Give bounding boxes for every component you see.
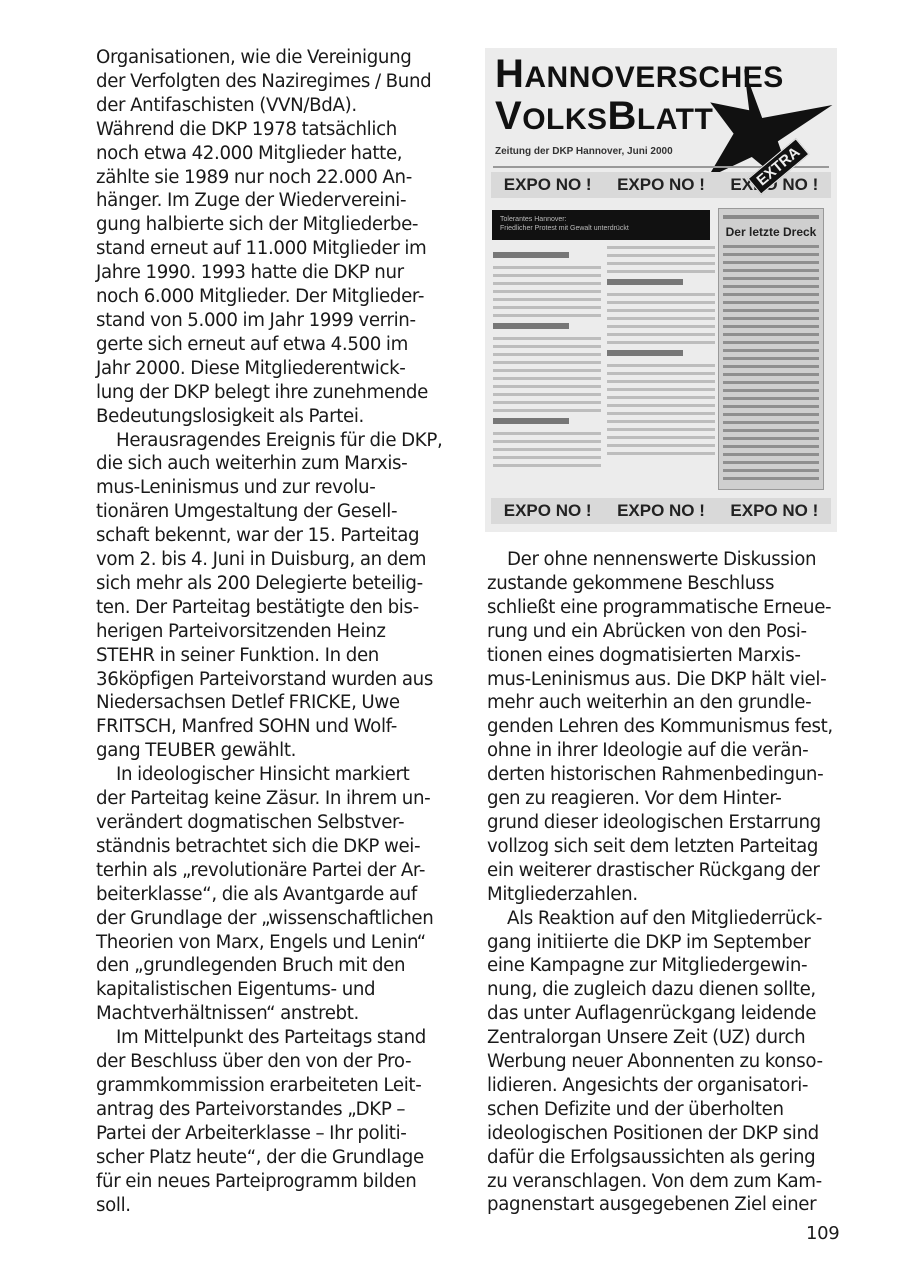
text-line: hänger. Im Zuge der Wiedervereini- bbox=[96, 189, 456, 213]
text-line: eine Kampagne zur Mitgliedergewin- bbox=[487, 954, 842, 978]
masthead-initial: V bbox=[495, 94, 522, 138]
text-line: der Beschluss über den von der Pro- bbox=[96, 1050, 456, 1074]
text-line: gang initiierte die DKP im September bbox=[487, 931, 842, 955]
text-line: der Grundlage der „wissenschaftlichen bbox=[96, 907, 456, 931]
text-line: lung der DKP belegt ihre zunehmende bbox=[96, 381, 456, 405]
text-line: den „grundlegenden Bruch mit den bbox=[96, 954, 456, 978]
text-line: grammkommission erarbeiteten Leit- bbox=[96, 1074, 456, 1098]
text-line: dafür die Erfolgsaussichten als gering bbox=[487, 1146, 842, 1170]
text-line: Mitgliederzahlen. bbox=[487, 883, 842, 907]
text-line: der Antifaschisten (VVN/BdA). bbox=[96, 94, 456, 118]
paragraph-start-line: Im Mittelpunkt des Parteitags stand bbox=[96, 1026, 456, 1050]
text-line: mus-Leninismus aus. Die DKP hält viel- bbox=[487, 668, 842, 692]
text-line: derten historischen Rahmenbedingun- bbox=[487, 763, 842, 787]
banner-text: EXPO NO ! bbox=[617, 501, 705, 521]
paragraph-start-line: Herausragendes Ereignis für die DKP, bbox=[96, 429, 456, 453]
text-line: Werbung neuer Abonnenten zu konso- bbox=[487, 1050, 842, 1074]
text-line: zählte sie 1989 nur noch 22.000 An- bbox=[96, 166, 456, 190]
text-line: ein weiterer drastischer Rückgang der bbox=[487, 859, 842, 883]
newspaper-sidebar: Der letzte Dreck bbox=[718, 208, 824, 490]
text-line: schaft bekennt, war der 15. Parteitag bbox=[96, 524, 456, 548]
text-line: beiterklasse“, die als Avantgarde auf bbox=[96, 883, 456, 907]
newspaper-facsimile-image: HANNOVERSCHES VOLKSBLATT Zeitung der DKP… bbox=[485, 48, 837, 532]
text-line: ideologischen Positionen der DKP sind bbox=[487, 1122, 842, 1146]
text-line: genden Lehren des Kommunismus fest, bbox=[487, 715, 842, 739]
text-line: ten. Der Parteitag bestätigte den bis- bbox=[96, 596, 456, 620]
text-line: rung und ein Abrücken von den Posi- bbox=[487, 620, 842, 644]
text-line: STEHR in seiner Funktion. In den bbox=[96, 644, 456, 668]
text-line: tionen eines dogmatisierten Marxis- bbox=[487, 644, 842, 668]
text-line: noch etwa 42.000 Mitglieder hatte, bbox=[96, 142, 456, 166]
text-line: nung, die zugleich dazu dienen sollte, bbox=[487, 978, 842, 1002]
text-line: scher Platz heute“, der die Grundlage bbox=[96, 1146, 456, 1170]
text-line: verändert dogmatischen Selbstver- bbox=[96, 811, 456, 835]
lead-headline-box: Tolerantes Hannover: Friedlicher Protest… bbox=[492, 210, 710, 240]
banner-text: EXPO NO ! bbox=[504, 501, 592, 521]
page-number: 109 bbox=[806, 1223, 839, 1244]
banner-text: EXPO NO ! bbox=[617, 175, 705, 195]
text-line: vom 2. bis 4. Juni in Duisburg, an dem bbox=[96, 548, 456, 572]
masthead-text: OLKS bbox=[522, 103, 607, 136]
text-line: 36köpfigen Parteivorstand wurden aus bbox=[96, 668, 456, 692]
right-text-column: Der ohne nennenswerte Diskussion zustand… bbox=[487, 548, 842, 1217]
paragraph-start-line: In ideologischer Hinsicht markiert bbox=[96, 763, 456, 787]
text-line: FRITSCH, Manfred SOHN und Wolf- bbox=[96, 715, 456, 739]
text-line: das unter Auflagenrückgang leidende bbox=[487, 1002, 842, 1026]
text-line: mus-Leninismus und zur revolu- bbox=[96, 476, 456, 500]
text-line: Während die DKP 1978 tatsächlich bbox=[96, 118, 456, 142]
text-line: pagnenstart ausgegebenen Ziel einer bbox=[487, 1193, 842, 1217]
article-column-placeholder bbox=[607, 246, 715, 460]
text-line: Machtverhältnissen“ anstrebt. bbox=[96, 1002, 456, 1026]
masthead-initial: B bbox=[608, 94, 637, 138]
banner-text: EXPO NO ! bbox=[504, 175, 592, 195]
text-line: der Parteitag keine Zäsur. In ihrem un- bbox=[96, 787, 456, 811]
text-line: kapitalistischen Eigentums- und bbox=[96, 978, 456, 1002]
text-line: grund dieser ideologischen Erstarrung bbox=[487, 811, 842, 835]
text-line: der Verfolgten des Naziregimes / Bund bbox=[96, 70, 456, 94]
paragraph-start-line: Der ohne nennenswerte Diskussion bbox=[487, 548, 842, 572]
text-line: stand erneut auf 11.000 Mitglieder im bbox=[96, 237, 456, 261]
text-line: zustande gekommene Beschluss bbox=[487, 572, 842, 596]
article-column-placeholder bbox=[493, 246, 601, 472]
text-line: Theorien von Marx, Engels und Lenin“ bbox=[96, 931, 456, 955]
text-line: antrag des Parteivorstandes „DKP – bbox=[96, 1098, 456, 1122]
text-line: die sich auch weiterhin zum Marxis- bbox=[96, 452, 456, 476]
text-line: Jahre 1990. 1993 hatte die DKP nur bbox=[96, 261, 456, 285]
text-line: stand von 5.000 im Jahr 1999 verrin- bbox=[96, 309, 456, 333]
text-line: vollzog sich seit dem letzten Parteitag bbox=[487, 835, 842, 859]
expo-banner-bottom: EXPO NO ! EXPO NO ! EXPO NO ! bbox=[491, 498, 831, 524]
text-line: herigen Parteivorsitzenden Heinz bbox=[96, 620, 456, 644]
text-line: ohne in ihrer Ideologie auf die verän- bbox=[487, 739, 842, 763]
text-line: Jahr 2000. Diese Mitgliederentwick- bbox=[96, 357, 456, 381]
text-line: terhin als „revolutionäre Partei der Ar- bbox=[96, 859, 456, 883]
banner-text: EXPO NO ! bbox=[730, 501, 818, 521]
text-line: ständnis betrachtet sich die DKP wei- bbox=[96, 835, 456, 859]
text-line: schließt eine programmatische Erneue- bbox=[487, 596, 842, 620]
text-line: soll. bbox=[96, 1194, 456, 1218]
masthead-line-2: VOLKSBLATT bbox=[495, 94, 713, 139]
text-line: sich mehr als 200 Delegierte beteilig- bbox=[96, 572, 456, 596]
text-line: tionären Umgestaltung der Gesell- bbox=[96, 500, 456, 524]
text-line: Bedeutungslosigkeit als Partei. bbox=[96, 405, 456, 429]
masthead-initial: H bbox=[495, 52, 524, 96]
text-line: gang TEUBER gewählt. bbox=[96, 739, 456, 763]
paragraph-start-line: Als Reaktion auf den Mitgliederrück- bbox=[487, 907, 842, 931]
text-line: lidieren. Angesichts der organisatori- bbox=[487, 1074, 842, 1098]
text-line: noch 6.000 Mitglieder. Der Mitglieder- bbox=[96, 285, 456, 309]
text-line: schen Defizite und der überholten bbox=[487, 1098, 842, 1122]
lead-kicker: Tolerantes Hannover: bbox=[500, 215, 702, 224]
newspaper-tagline: Zeitung der DKP Hannover, Juni 2000 bbox=[495, 146, 673, 157]
text-line: für ein neues Parteiprogramm bilden bbox=[96, 1170, 456, 1194]
text-line: gung halbierte sich der Mitgliederbe- bbox=[96, 213, 456, 237]
lead-headline: Friedlicher Protest mit Gewalt unterdrüc… bbox=[500, 224, 702, 233]
text-line: Partei der Arbeiterklasse – Ihr politi- bbox=[96, 1122, 456, 1146]
left-text-column: Organisationen, wie die Vereinigung der … bbox=[96, 46, 456, 1217]
text-line: Niedersachsen Detlef FRICKE, Uwe bbox=[96, 691, 456, 715]
text-line: Zentralorgan Unsere Zeit (UZ) durch bbox=[487, 1026, 842, 1050]
text-line: zu veranschlagen. Von dem zum Kam- bbox=[487, 1170, 842, 1194]
masthead-text: LATT bbox=[637, 103, 713, 136]
text-line: gerte sich erneut auf etwa 4.500 im bbox=[96, 333, 456, 357]
text-line: Organisationen, wie die Vereinigung bbox=[96, 46, 456, 70]
sidebar-title: Der letzte Dreck bbox=[723, 225, 819, 239]
text-line: mehr auch weiterhin an den grundle- bbox=[487, 691, 842, 715]
text-line: gen zu reagieren. Vor dem Hinter- bbox=[487, 787, 842, 811]
